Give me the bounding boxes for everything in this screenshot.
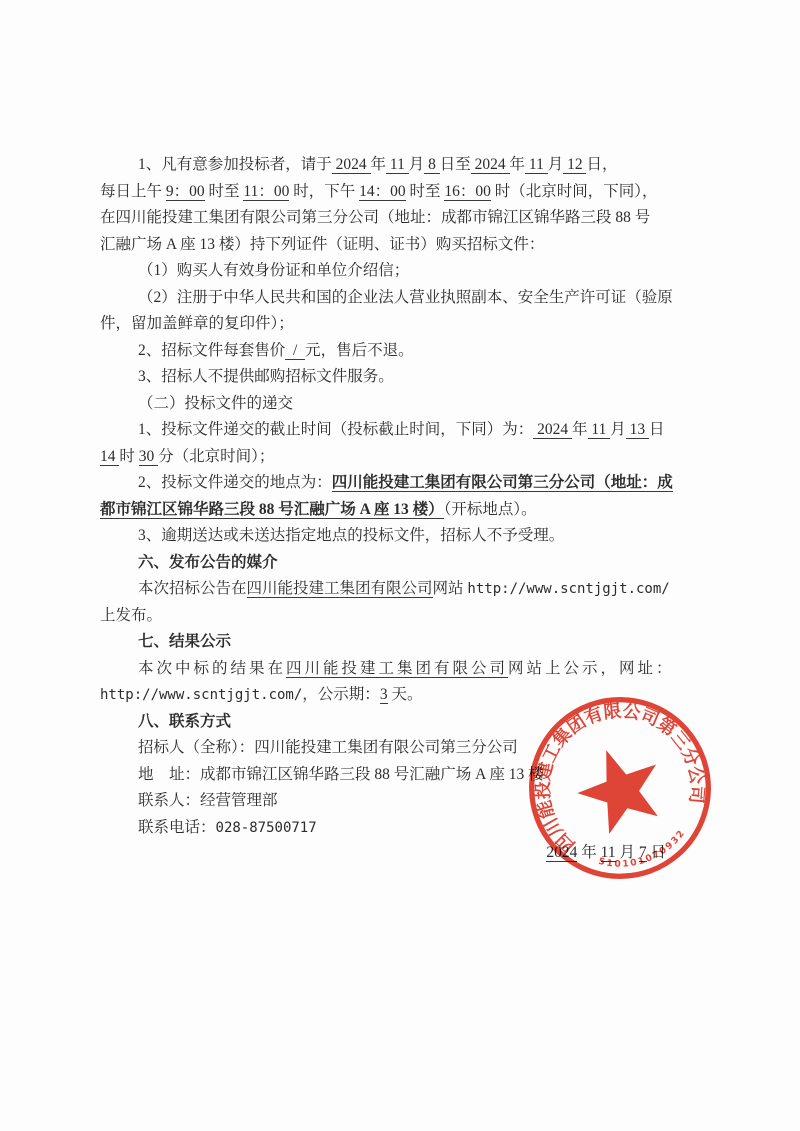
issue-date: 2024 年 11 月 7 日 bbox=[100, 840, 666, 867]
text-segment: 时至 bbox=[205, 183, 244, 200]
underlined-field: 2024 bbox=[332, 156, 371, 174]
text-line: 件，留加盖鲜章的复印件）； bbox=[100, 311, 708, 338]
underlined-field: 30 bbox=[139, 448, 158, 466]
underlined-field: 11 bbox=[588, 421, 611, 439]
text-segment: 本次中标的结果在 bbox=[138, 660, 286, 677]
text-segment: 月 bbox=[409, 156, 425, 173]
text-segment: 件，留加盖鲜章的复印件）； bbox=[100, 315, 294, 332]
text-segment: 2、招标文件每套售价 bbox=[138, 342, 285, 359]
text-line: 本次招标公告在四川能投建工集团有限公司网站 http://www.scntjgj… bbox=[100, 576, 708, 603]
underlined-field: 11 bbox=[386, 156, 409, 174]
underlined-field: / bbox=[285, 342, 305, 360]
text-line: （2）注册于中华人民共和国的企业法人营业执照副本、安全生产许可证（验原 bbox=[100, 285, 708, 312]
text-segment: 汇融广场 A 座 13 楼）持下列证件（证明、证书）购买招标文件： bbox=[100, 236, 544, 253]
text-line: 汇融广场 A 座 13 楼）持下列证件（证明、证书）购买招标文件： bbox=[100, 232, 708, 259]
underlined-field: 2024 bbox=[471, 156, 510, 174]
text-segment: 年 bbox=[371, 156, 387, 173]
text-segment: 1、凡有意参加投标者，请于 bbox=[138, 156, 332, 173]
text-segment: 2、投标文件递交的地点为： bbox=[138, 474, 332, 491]
text-segment: 联系人：经营管理部 bbox=[138, 792, 278, 809]
text-segment: 年 bbox=[577, 844, 600, 861]
text-line: 14 时 30 分（北京时间）； bbox=[100, 444, 708, 471]
text-segment: 上发布。 bbox=[100, 607, 162, 624]
text-segment: 本次招标公告在 bbox=[138, 580, 247, 597]
text-line: http://www.scntjgjt.com/，公示期：3 天。 bbox=[100, 682, 708, 709]
text-segment: 招标人（全称）：四川能投建工集团有限公司第三分公司 bbox=[138, 739, 518, 756]
text-segment: 3、逾期送达或未送达指定地点的投标文件，招标人不予受理。 bbox=[138, 527, 564, 544]
text-segment: 六、发布公告的媒介 bbox=[138, 554, 278, 571]
underlined-field: 14 bbox=[100, 448, 119, 466]
text-segment: 028-87500717 bbox=[216, 820, 317, 836]
text-segment: 分（北京时间）； bbox=[158, 448, 274, 465]
text-segment: 天。 bbox=[388, 686, 423, 703]
text-line: 2、投标文件递交的地点为：四川能投建工集团有限公司第三分公司（地址：成 bbox=[100, 470, 708, 497]
text-line: 地 址：成都市锦江区锦华路三段 88 号汇融广场 A 座 13 楼 bbox=[100, 762, 708, 789]
underlined-field: 11 bbox=[525, 156, 548, 174]
scanned-document-page: 1、凡有意参加投标者，请于 2024 年 11 月 8 日至 2024 年 11… bbox=[0, 0, 800, 1131]
date-field: 2024 bbox=[546, 844, 577, 862]
underlined-field: 11：00 bbox=[243, 183, 289, 201]
text-segment: 年 bbox=[572, 421, 588, 438]
text-segment: 时（北京时间，下同）， bbox=[491, 183, 658, 200]
text-line: （二）投标文件的递交 bbox=[100, 391, 708, 418]
text-segment: 1、投标文件递交的截止时间（投标截止时间，下同）为： bbox=[138, 421, 533, 438]
text-segment: 时 bbox=[119, 448, 138, 465]
underlined-field: 14：00 bbox=[359, 183, 406, 201]
text-segment: 七、结果公示 bbox=[138, 633, 231, 650]
text-segment: 联系电话： bbox=[138, 819, 216, 836]
text-segment: 月 bbox=[548, 156, 564, 173]
text-segment: 日 bbox=[647, 844, 666, 861]
underlined-field: 3 bbox=[380, 686, 388, 704]
text-line: （1）购买人有效身份证和单位介绍信； bbox=[100, 258, 708, 285]
document-body: 1、凡有意参加投标者，请于 2024 年 11 月 8 日至 2024 年 11… bbox=[100, 152, 708, 841]
text-segment: 月 bbox=[610, 421, 626, 438]
text-line: 1、凡有意参加投标者，请于 2024 年 11 月 8 日至 2024 年 11… bbox=[100, 152, 708, 179]
text-segment: （二）投标文件的递交 bbox=[138, 395, 293, 412]
text-segment: 年 bbox=[510, 156, 526, 173]
text-segment: 时，下午 bbox=[289, 183, 359, 200]
underlined-field: 9：00 bbox=[166, 183, 205, 201]
text-line: 六、发布公告的媒介 bbox=[100, 550, 708, 577]
underlined-field: 四川能投建工集团有限公司第三分公司（地址：成 bbox=[332, 474, 673, 492]
text-segment: （开标地点）。 bbox=[444, 501, 537, 518]
text-line: 3、逾期送达或未送达指定地点的投标文件，招标人不予受理。 bbox=[100, 523, 708, 550]
text-line: 都市锦江区锦华路三段 88 号汇融广场 A 座 13 楼）（开标地点）。 bbox=[100, 497, 708, 524]
text-line: 联系人：经营管理部 bbox=[100, 788, 708, 815]
underlined-field: 四川能投建工集团有限公司 bbox=[286, 660, 508, 678]
underlined-field: 四川能投建工集团有限公司 bbox=[247, 580, 433, 598]
text-line: 招标人（全称）：四川能投建工集团有限公司第三分公司 bbox=[100, 735, 708, 762]
date-field: 7 bbox=[639, 844, 647, 862]
text-segment: 月 bbox=[616, 844, 639, 861]
text-segment: 3、招标人不提供邮购招标文件服务。 bbox=[138, 368, 394, 385]
text-segment: 八、联系方式 bbox=[138, 713, 231, 730]
text-segment: 网站上公示，网址： bbox=[508, 660, 675, 677]
text-segment: http://www.scntjgjt.com/ bbox=[100, 687, 302, 703]
text-line: 3、招标人不提供邮购招标文件服务。 bbox=[100, 364, 708, 391]
text-line: 在四川能投建工集团有限公司第三分公司（地址：成都市锦江区锦华路三段 88 号 bbox=[100, 205, 708, 232]
text-segment: ，公示期： bbox=[302, 686, 380, 703]
text-segment: 日至 bbox=[440, 156, 471, 173]
underlined-field: 12 bbox=[563, 156, 586, 174]
text-segment: （1）购买人有效身份证和单位介绍信； bbox=[138, 262, 409, 279]
text-segment: 日， bbox=[586, 156, 617, 173]
text-line: 八、联系方式 bbox=[100, 709, 708, 736]
text-line: 七、结果公示 bbox=[100, 629, 708, 656]
text-segment: 日 bbox=[649, 421, 665, 438]
text-segment: 每日上午 bbox=[100, 183, 166, 200]
underlined-field: 都市锦江区锦华路三段 88 号汇融广场 A 座 13 楼） bbox=[100, 501, 444, 519]
underlined-field: 2024 bbox=[533, 421, 572, 439]
underlined-field: 16：00 bbox=[444, 183, 491, 201]
text-line: 联系电话：028-87500717 bbox=[100, 815, 708, 842]
text-segment: 在四川能投建工集团有限公司第三分公司（地址：成都市锦江区锦华路三段 88 号 bbox=[100, 209, 650, 226]
underlined-field: 13 bbox=[626, 421, 649, 439]
text-line: 上发布。 bbox=[100, 603, 708, 630]
text-line: 每日上午 9：00 时至 11：00 时，下午 14：00 时至 16：00 时… bbox=[100, 179, 708, 206]
date-field: 11 bbox=[601, 844, 616, 862]
text-line: 本次中标的结果在四川能投建工集团有限公司网站上公示，网址： bbox=[100, 656, 708, 683]
text-segment: 元，售后不退。 bbox=[305, 342, 414, 359]
text-segment: （2）注册于中华人民共和国的企业法人营业执照副本、安全生产许可证（验原 bbox=[138, 289, 673, 306]
text-segment: 网站 bbox=[433, 580, 468, 597]
text-line: 1、投标文件递交的截止时间（投标截止时间，下同）为： 2024 年 11 月 1… bbox=[100, 417, 708, 444]
text-line: 2、招标文件每套售价 / 元，售后不退。 bbox=[100, 338, 708, 365]
text-segment: http://www.scntjgjt.com/ bbox=[467, 581, 669, 597]
text-segment: 地 址：成都市锦江区锦华路三段 88 号汇融广场 A 座 13 楼 bbox=[138, 766, 544, 783]
underlined-field: 8 bbox=[424, 156, 440, 174]
text-segment: 时至 bbox=[406, 183, 445, 200]
